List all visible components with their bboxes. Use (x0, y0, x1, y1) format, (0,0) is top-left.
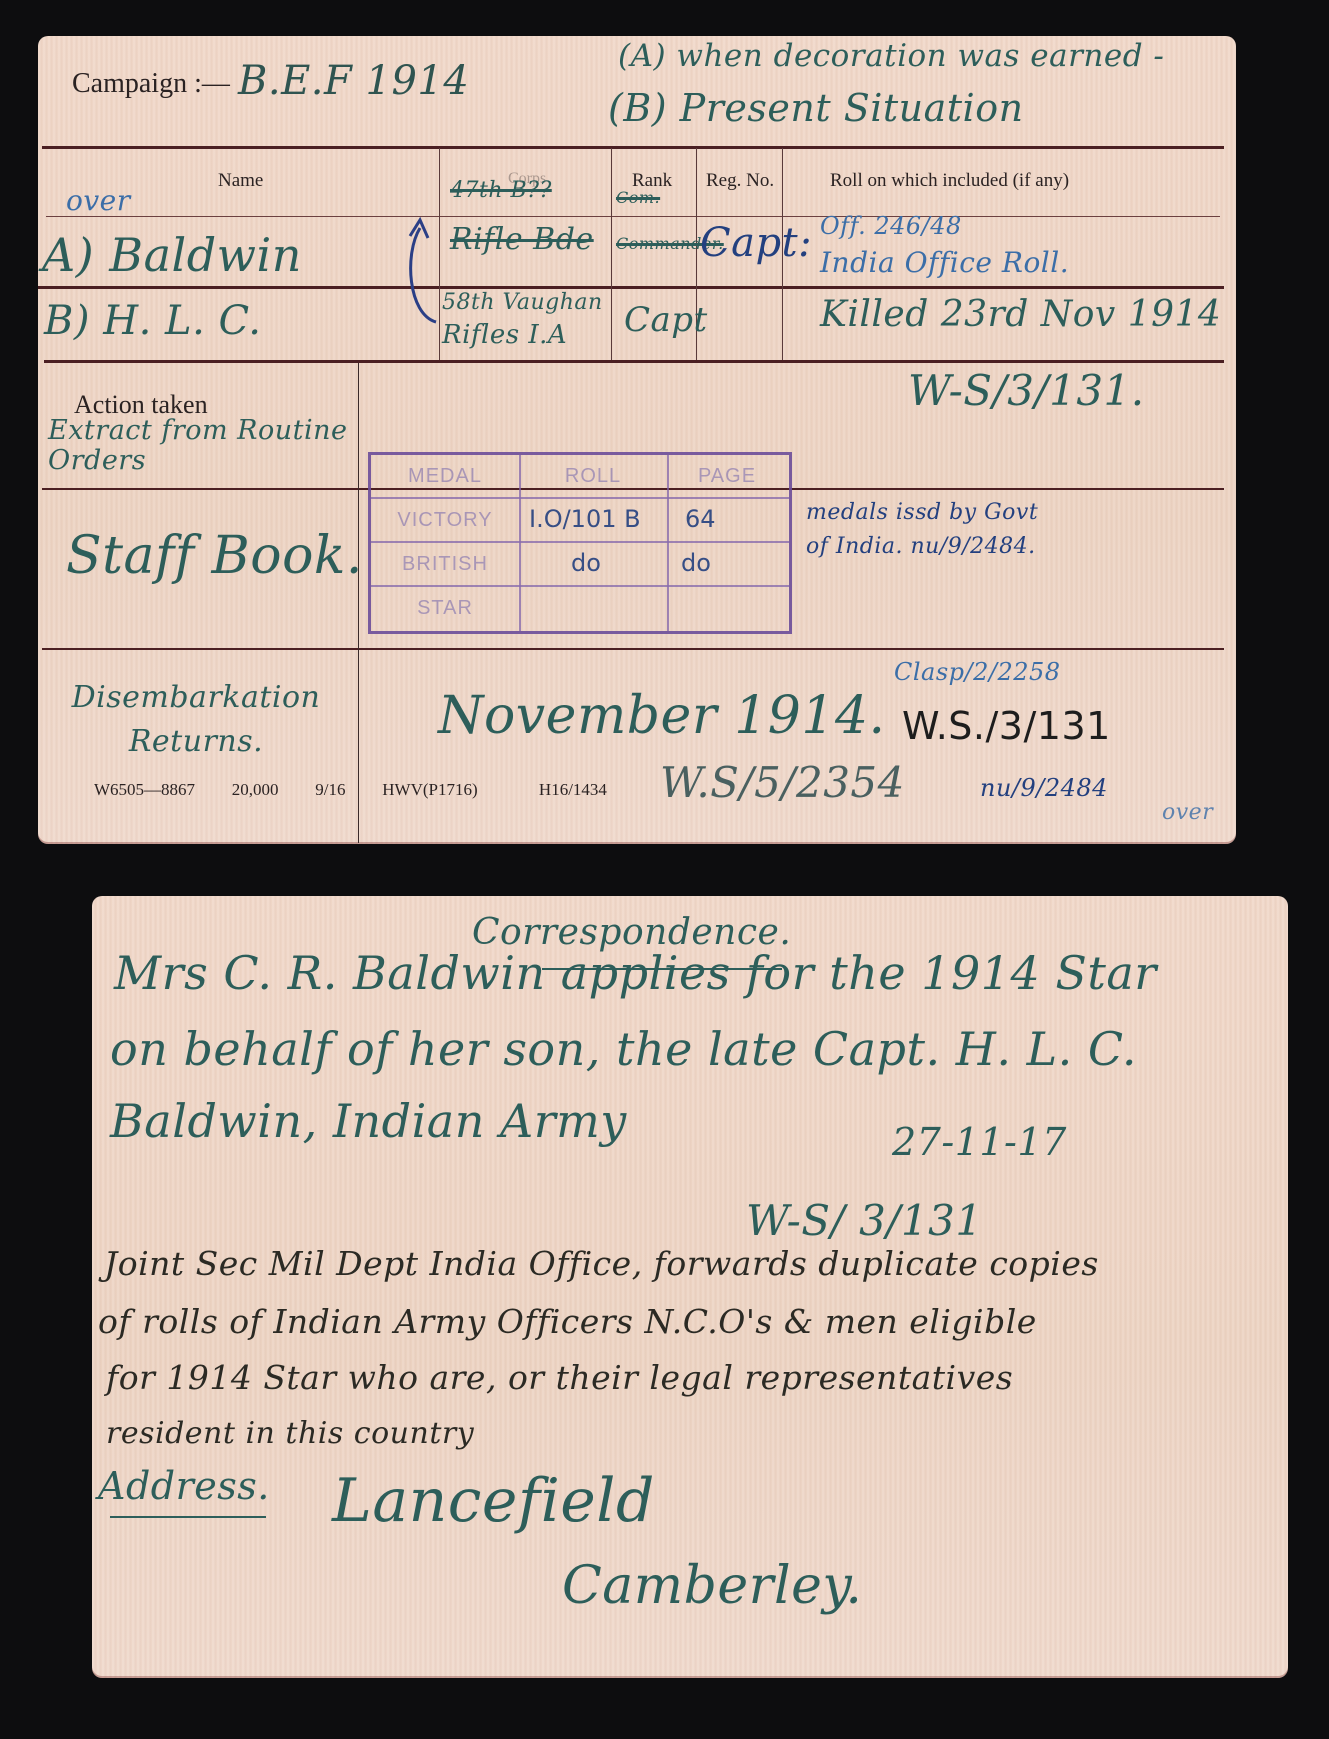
stamp-page-victory: 64 (685, 505, 716, 533)
disembarkation-label: Disembarkation Returns. (46, 676, 346, 764)
col-divider (611, 148, 612, 360)
row-a-rank: Capt: (700, 220, 812, 266)
column-header-rule (46, 216, 1220, 217)
row-b-corps-2: Rifles I.A (442, 320, 567, 350)
correspondence-line-2: on behalf of her son, the late Capt. H. … (110, 1022, 1137, 1076)
note-b: (B) Present Situation (608, 86, 1024, 130)
row-b-corps-1: 58th Vaughan (442, 290, 603, 315)
mu-ref: nu/9/2484 (980, 774, 1108, 802)
lower-col-divider (358, 363, 359, 843)
correspondence-ws-ref: W-S/ 3/131 (746, 1196, 983, 1245)
ws-ref-top: W-S/3/131. (908, 366, 1145, 415)
printer: HWV(P1716) (382, 780, 477, 799)
address-line-1: Lancefield (332, 1466, 655, 1536)
print-line: W6505—8867 20,000 9/16 HWV(P1716) H16/14… (94, 780, 607, 800)
correspondence-line-7: resident in this country (106, 1416, 474, 1451)
stamp-page-british: do (681, 549, 711, 577)
code: H16/1434 (539, 780, 607, 799)
stamp-roll-victory: I.O/101 B (529, 505, 641, 533)
correspondence-line-4: Joint Sec Mil Dept India Office, forward… (104, 1244, 1099, 1283)
row-b-roll: Killed 23rd Nov 1914 (820, 294, 1221, 335)
stamp-roll-british: do (571, 549, 601, 577)
address-label: Address. (98, 1464, 270, 1508)
disembarkation-value: November 1914. (438, 686, 886, 746)
medal-index-card-back: Correspondence. Mrs C. R. Baldwin applie… (92, 896, 1288, 1678)
stamp-medal-victory: VICTORY (371, 509, 519, 532)
address-line-2: Camberley. (562, 1556, 862, 1616)
stamp-header-page: PAGE (667, 465, 787, 488)
medal-roll-stamp: MEDAL ROLL PAGE VICTORY I.O/101 B 64 BRI… (368, 452, 792, 634)
correspondence-line-3: Baldwin, Indian Army (110, 1094, 627, 1148)
stamp-header-medal: MEDAL (371, 465, 519, 488)
print-date: 9/16 (315, 780, 345, 799)
header-rule (42, 146, 1224, 149)
row-a-roll-1: Off. 246/48 (820, 212, 962, 240)
correspondence-line-5: of rolls of Indian Army Officers N.C.O's… (98, 1302, 1037, 1341)
row-b-name: B) H. L. C. (44, 298, 261, 344)
stamp-header-roll: ROLL (519, 465, 667, 488)
col-header-roll: Roll on which included (if any) (830, 170, 1069, 192)
col-header-name: Name (218, 170, 263, 192)
correspondence-line-6: for 1914 Star who are, or their legal re… (106, 1358, 1013, 1397)
row-a-name: A) Baldwin (42, 228, 302, 282)
medals-note-1: medals issd by Govt (806, 500, 1038, 525)
correspondence-line-1: Mrs C. R. Baldwin applies for the 1914 S… (114, 946, 1157, 1000)
stamp-medal-star: STAR (371, 597, 519, 620)
correspondence-date: 27-11-17 (892, 1120, 1067, 1164)
ws-ref-handwritten: W.S/5/2354 (660, 758, 905, 807)
address-underline (110, 1516, 266, 1518)
note-a: (A) when decoration was earned - (618, 38, 1164, 74)
action-taken-value: Extract from Routine Orders (48, 416, 348, 476)
campaign-label: Campaign :— (72, 68, 230, 100)
over-note: over (1162, 800, 1213, 825)
col-header-regno: Reg. No. (706, 170, 774, 192)
row-a-roll-2: India Office Roll. (820, 246, 1069, 279)
correction-arrow-icon (398, 214, 448, 334)
form-no: W6505—8867 (94, 780, 195, 799)
row-a-rank-struck-1: Com. (616, 188, 660, 207)
row-a-corps-struck-2: Rifle Bde (450, 222, 594, 257)
medals-note-2: of India. nu/9/2484. (806, 534, 1036, 559)
staff-book-note: Staff Book. (66, 526, 363, 586)
row-a-rule (38, 286, 1224, 289)
name-over-note: over (66, 184, 131, 217)
ws-ref-bottom: W.S./3/131 (902, 704, 1111, 748)
stamp-medal-british: BRITISH (371, 553, 519, 576)
clasp-ref: Clasp/2/2258 (894, 658, 1061, 686)
quantity: 20,000 (232, 780, 279, 799)
row-b-rule (44, 360, 1224, 363)
row-a-corps-struck-1: 47th B?? (450, 178, 552, 203)
campaign-value: B.E.F 1914 (238, 58, 469, 104)
staff-rule (42, 648, 1224, 650)
medal-index-card-front: Campaign :— B.E.F 1914 (A) when decorati… (38, 36, 1236, 844)
row-b-rank: Capt (624, 300, 708, 340)
